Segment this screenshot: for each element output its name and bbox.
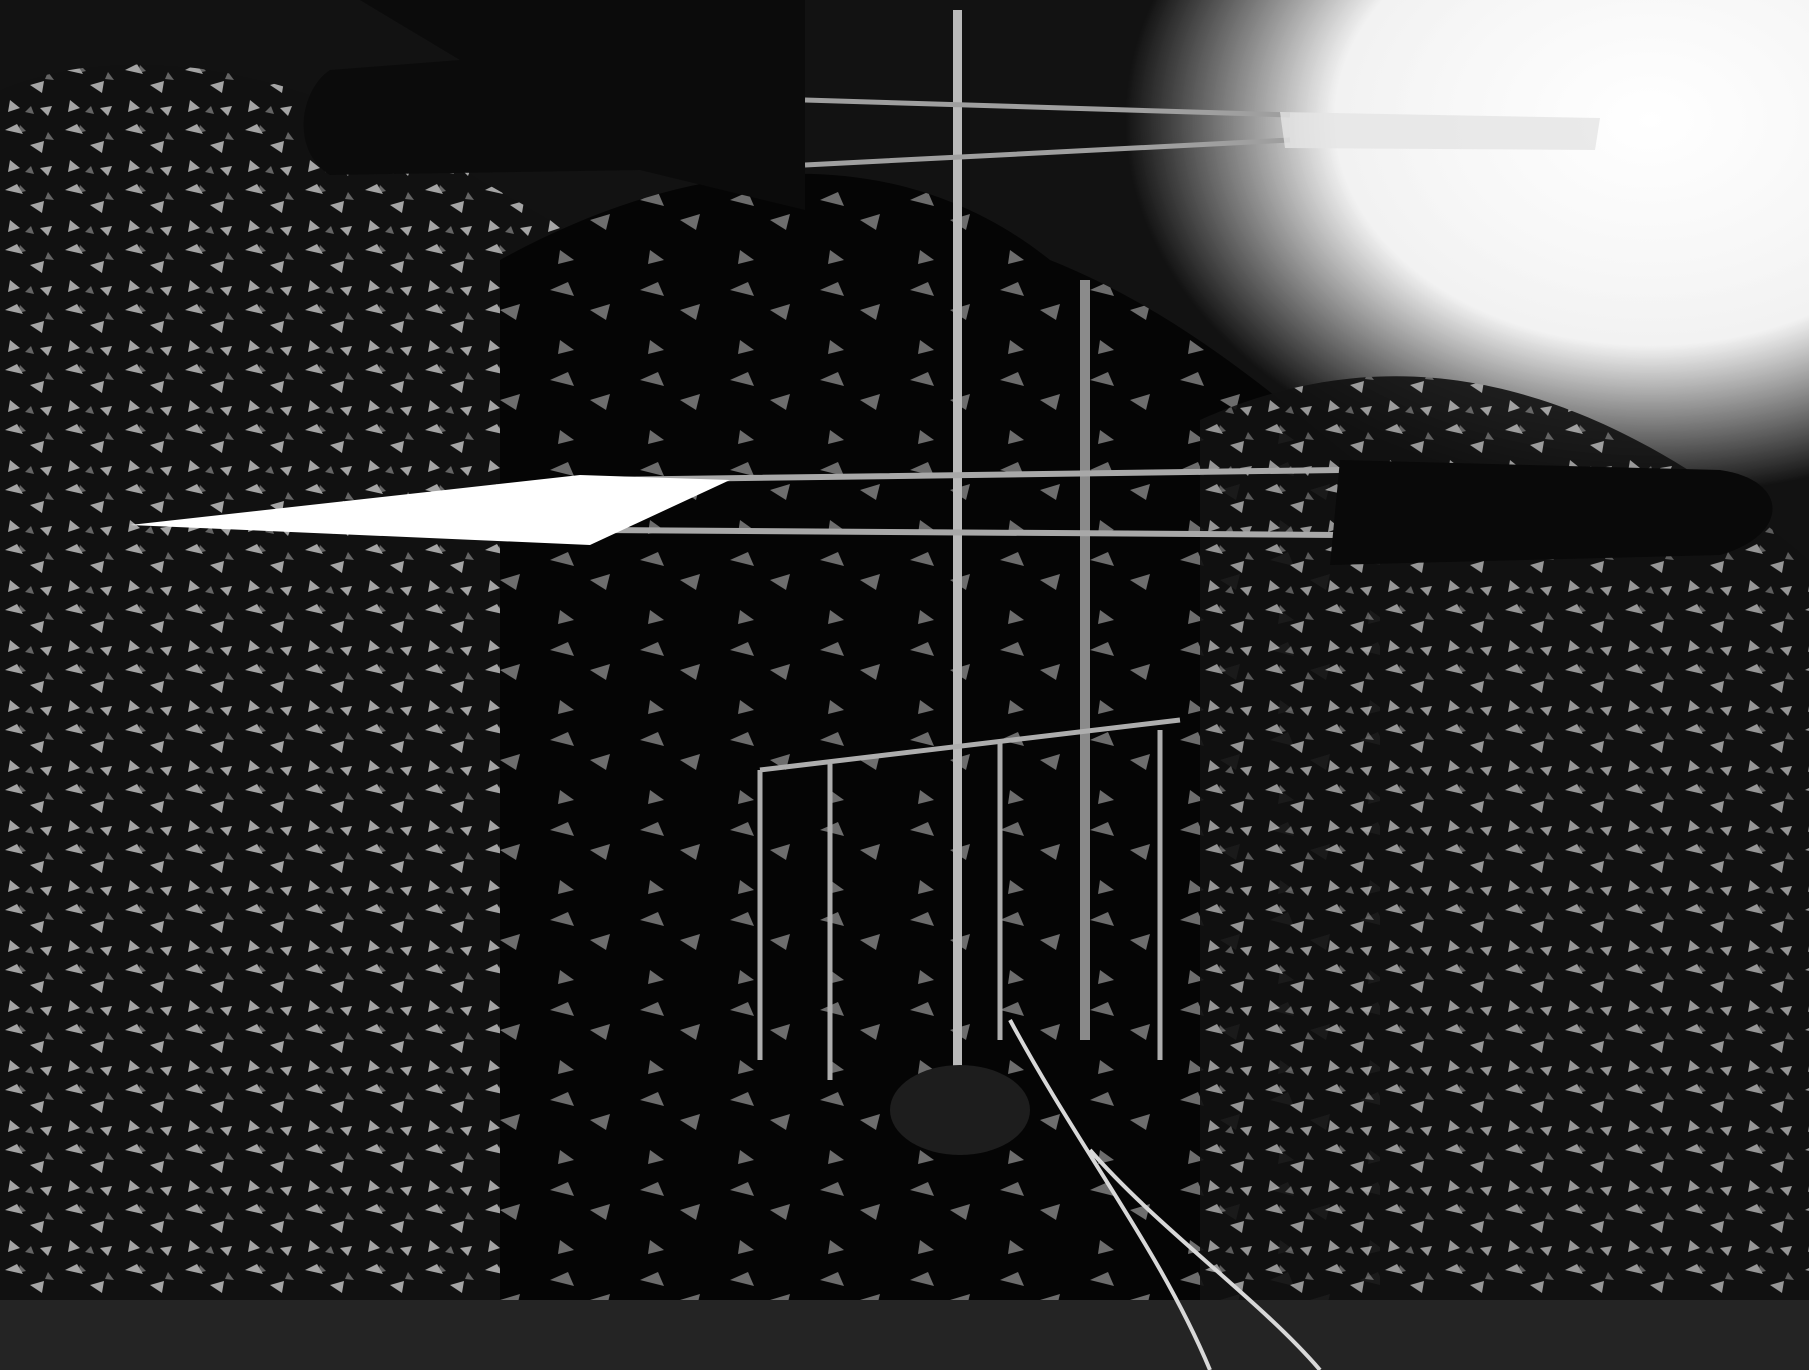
secondary-mast [1080,280,1090,1040]
photograph [0,0,1809,1370]
upper-rotor-arm [805,100,1290,165]
upper-blade-light [1280,112,1600,150]
scene [0,0,1809,1370]
rotor-mast [953,10,962,1070]
engine [890,1065,1030,1155]
lower-blade-dark [1330,460,1773,565]
ground [0,1300,1809,1370]
